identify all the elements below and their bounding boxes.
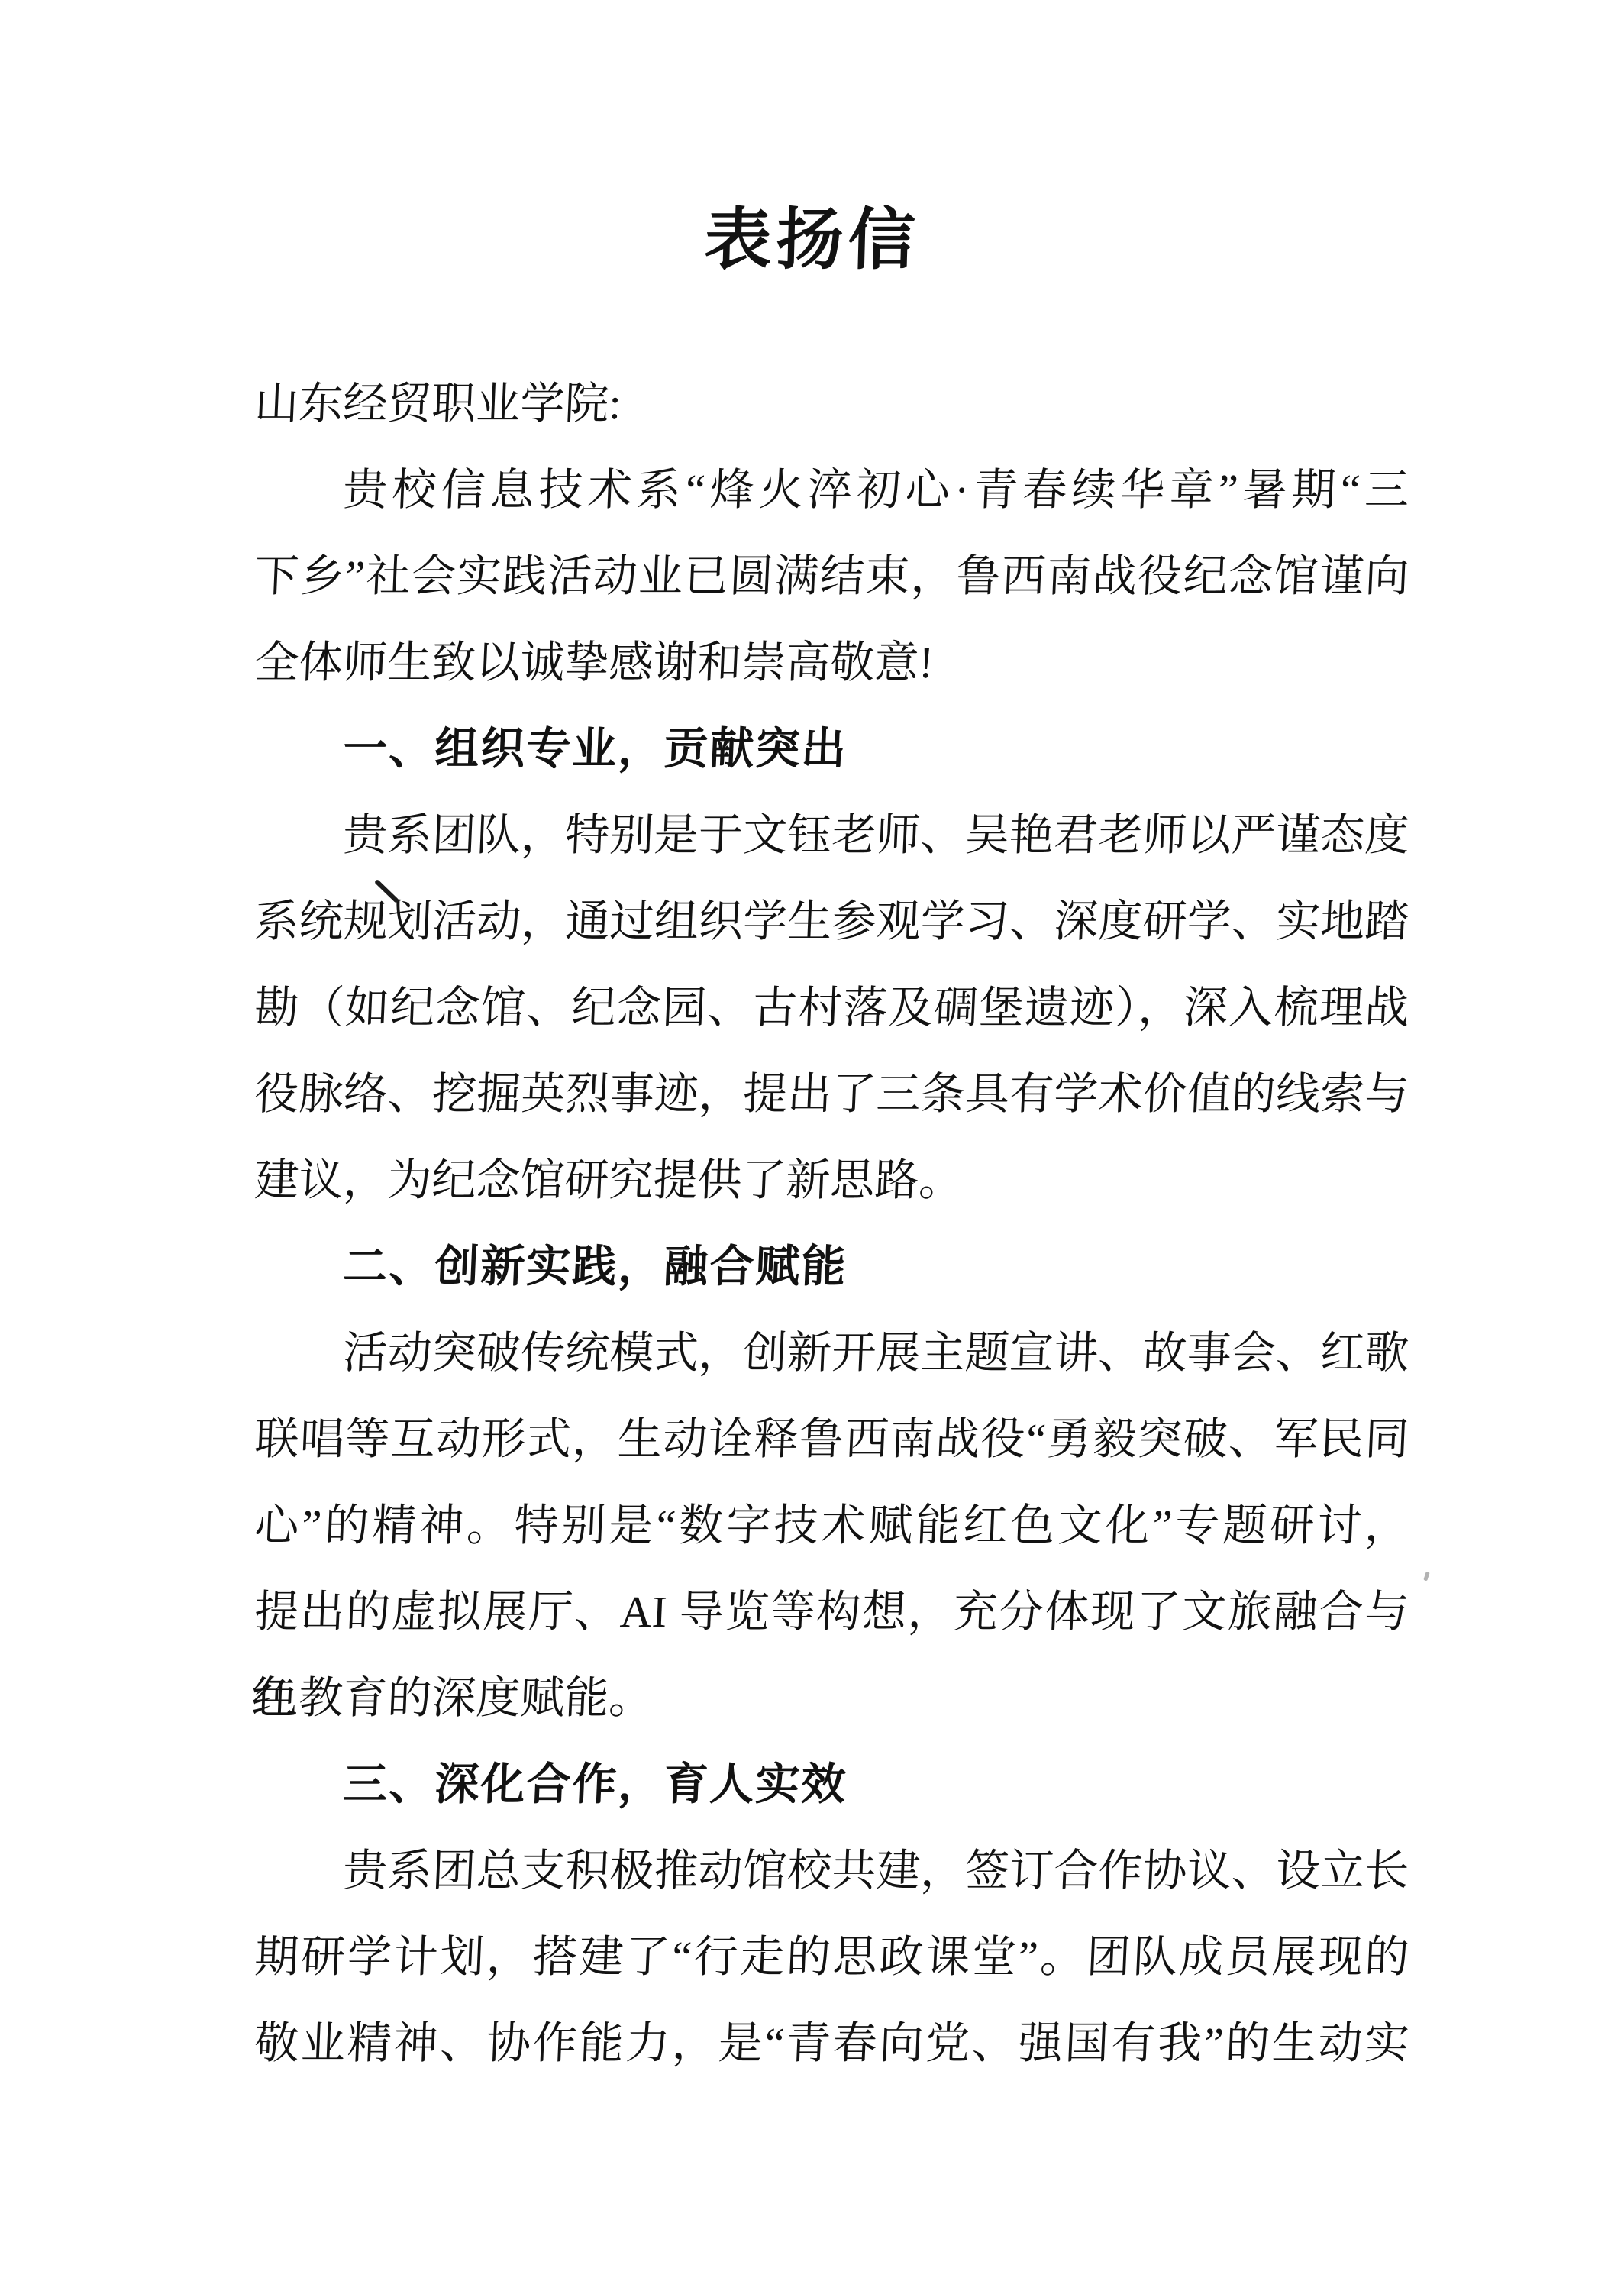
section-heading-3: 三、深化合作，育人实效 xyxy=(253,1741,1411,1827)
body-line: 提出的虚拟展厅、AI 导览等构想，充分体现了文旅融合与红 xyxy=(253,1569,1411,1655)
body-line: 役脉络、挖掘英烈事迹，提出了三条具有学术价值的线索与 xyxy=(253,1051,1411,1137)
salutation-line: 山东经贸职业学院: xyxy=(253,360,1411,447)
body-line: 下乡”社会实践活动业已圆满结束，鲁西南战役纪念馆谨向 xyxy=(253,533,1411,619)
body-line: 勘（如纪念馆、纪念园、古村落及碉堡遗迹），深入梳理战 xyxy=(253,965,1411,1051)
section-heading-1: 一、组织专业，贡献突出 xyxy=(253,706,1411,792)
letter-body: 山东经贸职业学院: 贵校信息技术系“烽火淬初心·青春续华章”暑期“三 下乡”社会… xyxy=(254,360,1409,2086)
body-line: 贵系团队，特别是于文钰老师、吴艳君老师以严谨态度 xyxy=(253,792,1411,878)
faint-speck-mark xyxy=(1423,1572,1429,1582)
body-line: 联唱等互动形式，生动诠释鲁西南战役“勇毅突破、军民同 xyxy=(253,1396,1411,1482)
body-line: 贵校信息技术系“烽火淬初心·青春续华章”暑期“三 xyxy=(253,447,1411,533)
body-line: 活动突破传统模式，创新开展主题宣讲、故事会、红歌 xyxy=(253,1310,1411,1396)
body-line: 贵系团总支积极推动馆校共建，签订合作协议、设立长 xyxy=(253,1827,1411,1914)
scanned-letter-page: 表扬信 山东经贸职业学院: 贵校信息技术系“烽火淬初心·青春续华章”暑期“三 下… xyxy=(0,0,1624,2291)
body-line: 期研学计划，搭建了“行走的思政课堂”。团队成员展现的 xyxy=(253,1914,1411,2000)
body-line: 系统规划活动，通过组织学生参观学习、深度研学、实地踏 xyxy=(253,878,1411,965)
body-line: 心”的精神。特别是“数字技术赋能红色文化”专题研讨， xyxy=(253,1482,1411,1569)
section-heading-2: 二、创新实践，融合赋能 xyxy=(253,1223,1411,1310)
body-line: 建议，为纪念馆研究提供了新思路。 xyxy=(253,1137,1411,1223)
body-line: 全体师生致以诚挚感谢和崇高敬意! xyxy=(253,619,1411,706)
body-line: 敬业精神、协作能力，是“青春向党、强国有我”的生动实 xyxy=(253,2000,1411,2086)
letter-title: 表扬信 xyxy=(0,208,1624,275)
body-line: 色教育的深度赋能。 xyxy=(253,1655,1411,1741)
